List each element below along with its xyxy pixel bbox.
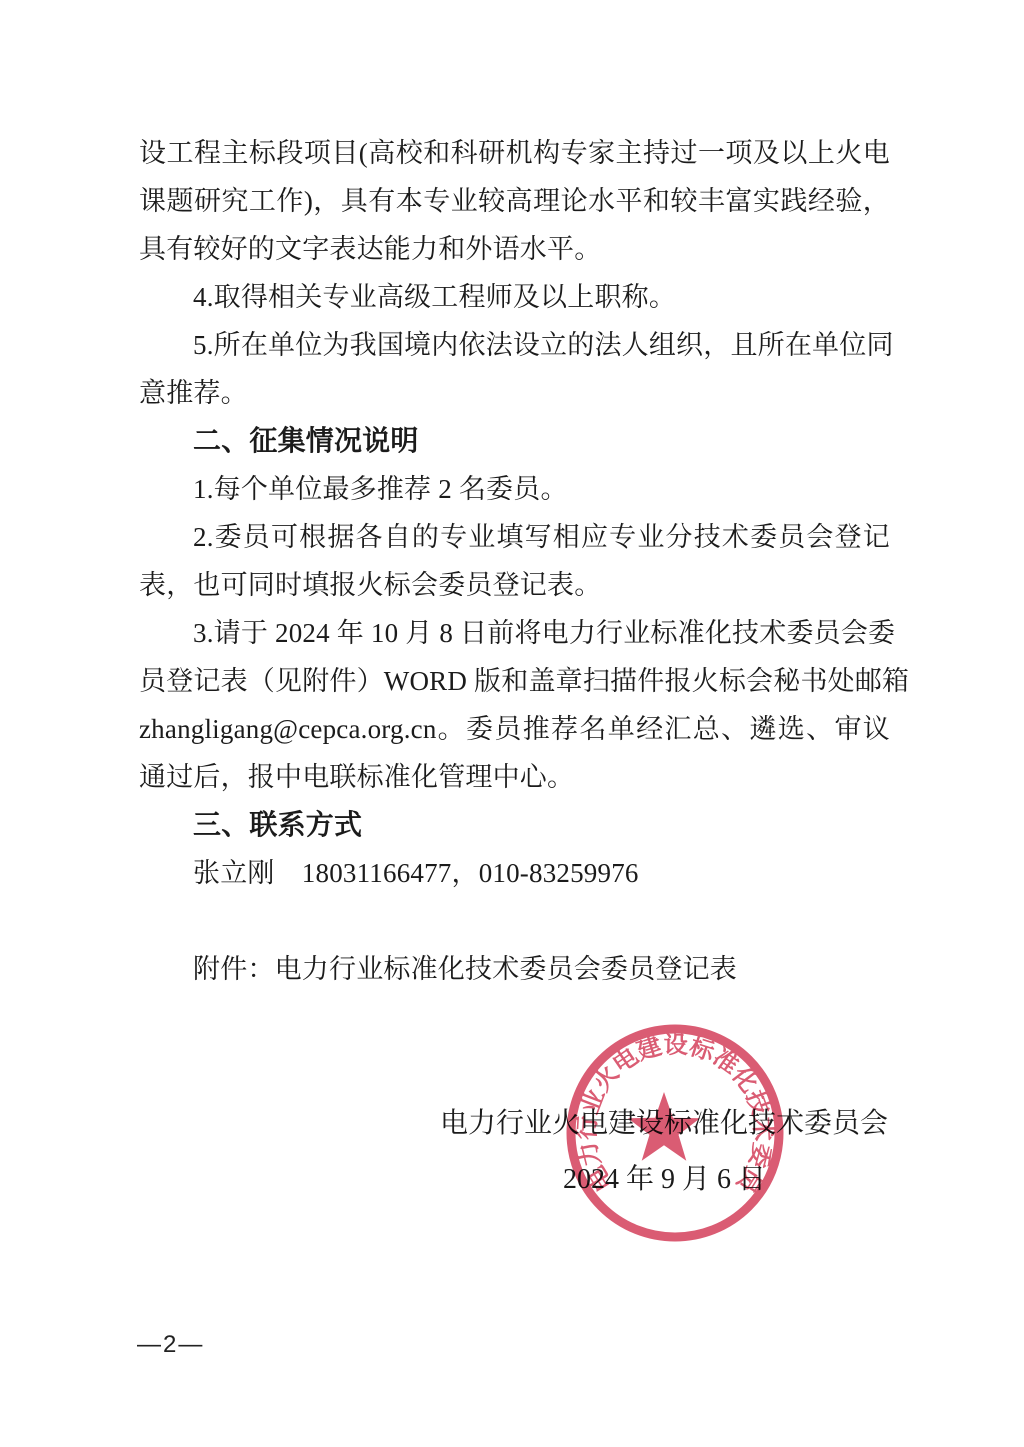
text-line: 5.所在单位为我国境内依法设立的法人组织，且所在单位同 [139, 321, 890, 369]
section-heading: 二、征集情况说明 [139, 417, 890, 465]
official-seal: 电力行业火电建设标准化技术委员会 [543, 1001, 807, 1265]
text-line: 4.取得相关专业高级工程师及以上职称。 [139, 273, 890, 321]
page-number: —2— [137, 1331, 204, 1359]
text-line: 课题研究工作)，具有本专业较高理论水平和较丰富实践经验， [139, 177, 890, 225]
text-line: zhangligang@cepca.org.cn。委员推荐名单经汇总、遴选、审议 [139, 705, 890, 753]
text-line: 设工程主标段项目(高校和科研机构专家主持过一项及以上火电 [139, 129, 890, 177]
text-line: 通过后，报中电联标准化管理中心。 [139, 753, 890, 801]
body-lines: 设工程主标段项目(高校和科研机构专家主持过一项及以上火电课题研究工作)，具有本专… [139, 129, 890, 993]
text-line: 具有较好的文字表达能力和外语水平。 [139, 225, 890, 273]
text-line: 2.委员可根据各自的专业填写相应专业分技术委员会登记 [139, 513, 890, 561]
text-line: 3.请于 2024 年 10 月 8 日前将电力行业标准化技术委员会委 [139, 609, 890, 657]
text-line: 表，也可同时填报火标会委员登记表。 [139, 561, 890, 609]
text-line: 1.每个单位最多推荐 2 名委员。 [139, 465, 890, 513]
section-heading: 三、联系方式 [139, 801, 890, 849]
text-line: 附件：电力行业标准化技术委员会委员登记表 [139, 945, 890, 993]
text-line: 意推荐。 [139, 369, 890, 417]
star-icon [628, 1092, 700, 1161]
document-page: 设工程主标段项目(高校和科研机构专家主持过一项及以上火电课题研究工作)，具有本专… [0, 0, 1024, 1447]
text-line: 张立刚 18031166477，010-83259976 [139, 849, 890, 897]
text-line [139, 897, 890, 945]
text-line: 员登记表（见附件）WORD 版和盖章扫描件报火标会秘书处邮箱 [139, 657, 890, 705]
